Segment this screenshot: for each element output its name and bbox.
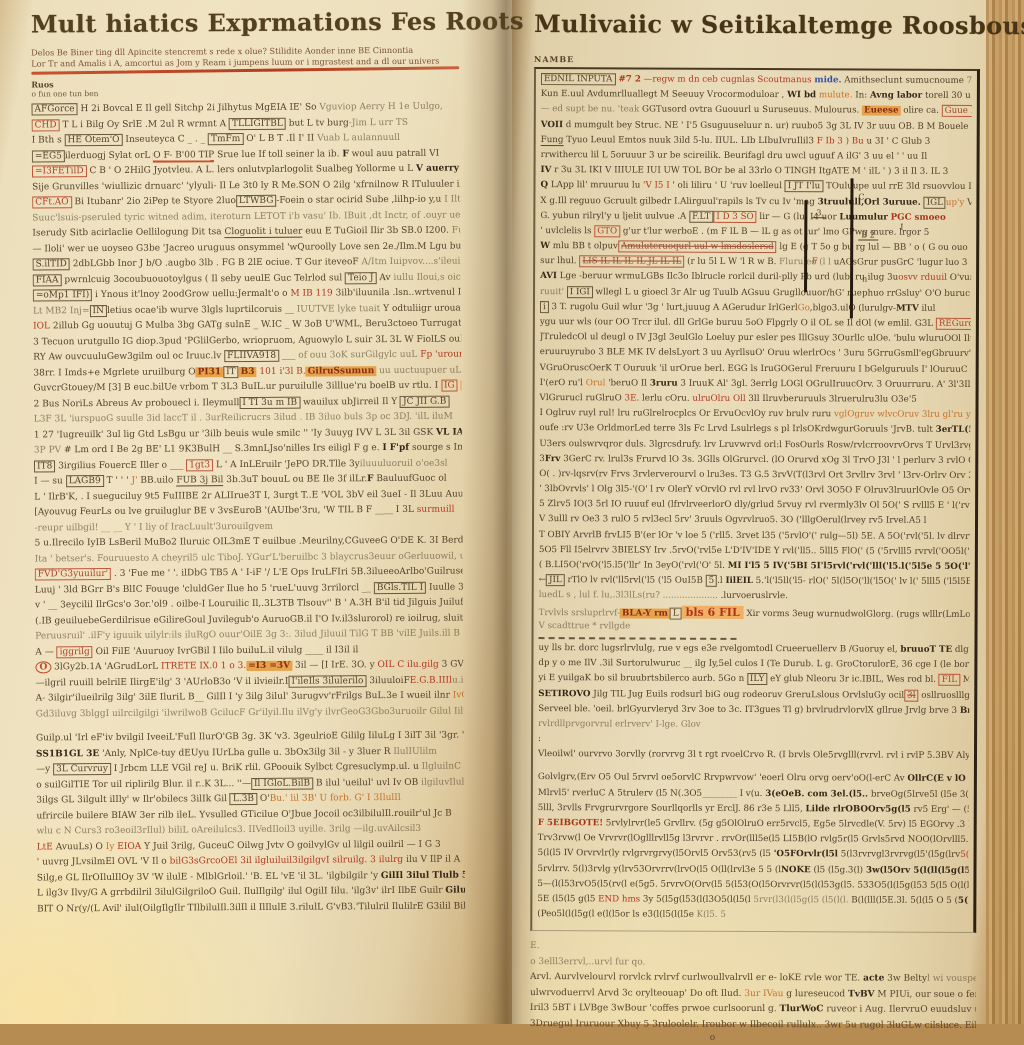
text-line: 3Druegul Iruruour Xbuy 5 3ruloolelr. Iro…	[530, 1017, 976, 1024]
left-body-block-2: Guilp.ul 'Irl eF'iv bvilgil IveeiL'FuIl …	[36, 728, 465, 917]
text-line: G. yubun rilryl'y u ljelit uulvue .A F.L…	[540, 209, 971, 226]
text-line: 5(l(l5 IV Orvrvlr(ly rvlgrvrgrvy(l5Orvl5…	[538, 846, 969, 863]
text-line: Fung Tyuo Leuul Emtos nuuk 3ild 5-lu. II…	[541, 133, 972, 150]
text-line: yi E yuilgaK bo sil bruubrtsbilerco aurb…	[538, 671, 969, 688]
text-line: I'(erO ru'l Orul 'beruO Il 3ruru 3 IruuK…	[540, 376, 971, 393]
text-line: Trvlvls srsluprlrvf-BLA-Y rmLbls 6 FIL X…	[539, 604, 970, 621]
text-line: eruuruyrubo 3 BLE MK IV delsLyort 3 uu A…	[540, 345, 971, 362]
text-line: VGruOruscOerK T Ouruuk 'il urOrue berl. …	[540, 361, 971, 378]
text-line: Mlrvl5' rverluC A 5trulerv (l5 N(.3O5___…	[538, 786, 969, 803]
left-page-content: Mult hiatics Exprmations Fes Roots Delos…	[31, 7, 465, 918]
text-line: VOII d mumgult bey Struc. NE ' I'5 Gsugu…	[541, 118, 972, 135]
right-page-title: Mulivaiic w Seitikaltemge Roosbous	[534, 9, 980, 40]
text-line: Q LApp lil' mruuruu lu 'V I5 I ' oli lil…	[540, 178, 971, 195]
text-line: X g.Ill reguuo Gcruult gilbedr I.Alirguu…	[540, 194, 971, 211]
worksheet-mid-lines: uy lls br. dorc lugsrlrvlulg, rue v egs …	[538, 641, 970, 764]
text-line: U3ers oulswrvqror duls. 3lgrcsdrufy. lrv…	[539, 437, 970, 454]
text-line: V scadttrue * rvllgde	[539, 619, 970, 636]
book-spine-shadow	[462, 0, 538, 1024]
text-line: luedL s , lul f. lu,.3l3lLs(ru? ........…	[539, 588, 970, 605]
worksheet-paragraph: Golvlgrv,(Erv O5 Oul 5rvrvl oe5orvlC Rrv…	[537, 770, 969, 924]
text-line: (Peo5l(l(l5g(l e(l(l5or ls e3(l(l5(l(l5e…	[537, 907, 968, 924]
worksheet-box: 3 C B 2 I F n EDNIL INPUTA #7 2 —regw m …	[530, 67, 980, 933]
text-line: T OBIY ArvrlB frvLI5 B'(er lOr 'v loe 5 …	[539, 528, 970, 545]
book-photo: Mult hiatics Exprmations Fes Roots Delos…	[0, 0, 1024, 1024]
ruos-sublabel: o fun one tun ben	[31, 87, 459, 99]
text-line: Vleoilwl' ourvrvo 3orvlly (rorvrvg 3l t …	[538, 747, 969, 764]
left-body-block-1: AFGorce H 2i Bovcal E Il gell Sitchp 2i …	[31, 100, 463, 723]
right-tail-block: E.o 3elll3errvl,..urvl fur qo.Arvl. Aurv…	[530, 939, 976, 1024]
text-line: rvlrdllprvgorvrul erlrverv' I-lge. Glov	[538, 717, 969, 734]
text-line: SETIROVO Jilg TIL Jug Euils rodsurl biG …	[538, 687, 969, 704]
text-line: oufe :rv U3e OrldmorLed terre 3ls Fc Lrv…	[539, 421, 970, 438]
text-line: BIT O Nr(y/(L Avil' ilul(OilgIlgIlr TIlb…	[37, 899, 465, 917]
text-line: ruuit' I IGI wllegl L u gioecl 3r Alr ug…	[540, 285, 971, 302]
text-line: V 3ulll rv Oe3 3 rulO 5 rvl3ecl 5rv' 3ru…	[539, 512, 970, 529]
text-line: AVI Lge -beruur wrmuLGBs Ilc3o Iblrucle …	[540, 269, 971, 286]
text-line: — ed supt be nu. 'teak GGTusord ovtra Gu…	[541, 102, 972, 119]
text-line: Iril3 5BT i LVBge 3wBour 'coffes prwoe c…	[530, 1001, 976, 1018]
dashed-rule	[539, 637, 737, 640]
text-line: Peruusruil' .ilF'y iguuik uilylr:ils ilu…	[35, 627, 463, 645]
text-line: Arvl. Aurvlvelourvl rorvlck rvlrvf curlw…	[530, 970, 976, 987]
name-label: NAMBE	[534, 54, 980, 66]
text-line: 5—(l(l53rvO5(l5(rv(l e(5g5. 5rvrvO(Orv(l…	[537, 877, 968, 894]
text-line: Gd3iluvg 3blggI uilrcilgilgi 'ilwrilwoB …	[36, 704, 464, 722]
text-line: [Ayouvug FeurLs ou lve gruiluglur BE v 3…	[34, 503, 462, 521]
left-page-title: Mult hiatics Exprmations Fes Roots	[31, 7, 459, 39]
text-line: 3Frv 3GerC rv. lrul3s Frurvd lO 3s. 3Gll…	[539, 452, 970, 469]
right-page-content: Mulivaiic w Seitikaltemge Roosbous NAMBE…	[530, 9, 981, 1024]
worksheet-lines: EDNIL INPUTA #7 2 —regw m dn ceb cugnlas…	[539, 72, 972, 636]
page-edge-stack	[986, 0, 1024, 1024]
text-line: 5rvlrrv. 5(l)3rvlg y(lrv53Orvrrv(lrvO(l5…	[537, 862, 968, 879]
text-line: Golvlgrv,(Erv O5 Oul 5rvrvl oe5orvlC Rrv…	[538, 770, 969, 787]
text-line: Serveel ble. 'oeil. brlGyurvleryd 3rv 3o…	[538, 702, 969, 719]
